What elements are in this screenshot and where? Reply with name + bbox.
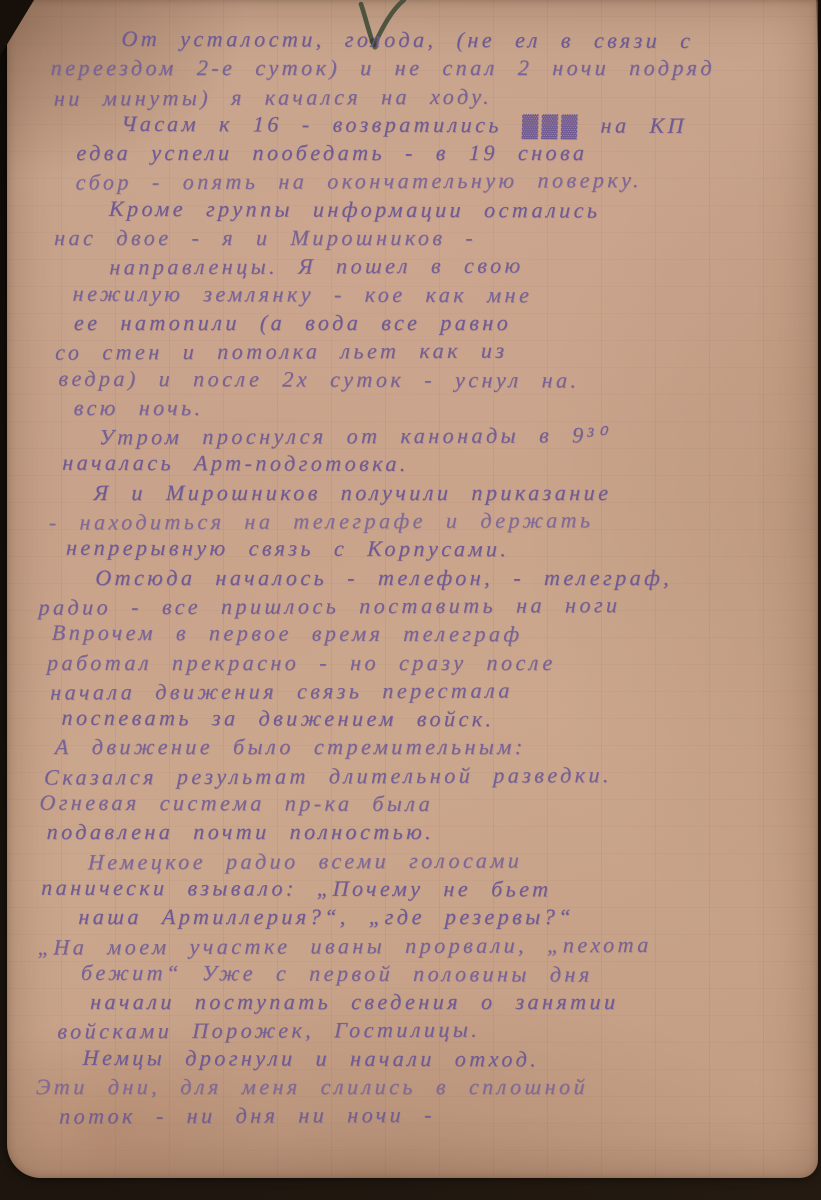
handwritten-line: Немецкое радио всеми голосами xyxy=(30,845,798,877)
handwritten-line: направленцы. Я пошел в свою xyxy=(45,251,813,283)
handwritten-line: „На моем участке иваны прорвали, „пехота xyxy=(27,930,795,962)
handwritten-line: началась Арт-подготовка. xyxy=(40,449,808,480)
handwritten-line: всю ночь. xyxy=(41,394,809,422)
handwritten-line: Огневая система пр-ка была xyxy=(31,789,799,820)
handwritten-line: бежит“ Уже с первой половины дня xyxy=(27,958,795,989)
photo-background: От усталости, голода, (не ел в связи спе… xyxy=(0,0,821,1200)
handwritten-line: Немцы дрогнули и начали отход. xyxy=(24,1043,792,1074)
handwritten-line: А движение было стремительным: xyxy=(32,733,800,761)
handwritten-line: начала движения связь перестала xyxy=(34,675,802,707)
handwritten-line: поток - ни дня ни ночи - xyxy=(23,1100,791,1132)
handwritten-line: подавлена почти полностью. xyxy=(30,818,798,846)
handwritten-line: сбор - опять на окончательную поверку. xyxy=(47,166,815,198)
handwritten-line: Часам к 16 - возвратились ▓▓▓ на КП xyxy=(49,110,817,141)
handwritten-line: Кроме группы информации остались xyxy=(47,194,815,225)
handwritten-line: работал прекрасно - но сразу после xyxy=(35,649,803,677)
handwritten-line: начали поступать сведения о занятии xyxy=(26,988,794,1016)
handwritten-line: радио - все пришлось поставить на ноги xyxy=(36,590,804,622)
handwritten-line: ее натопили (а вода все равно xyxy=(44,309,812,337)
handwritten-line: Отсюда началось - телефон, - телеграф, xyxy=(37,564,805,592)
handwritten-line: нас двое - я и Мирошников - xyxy=(46,224,814,252)
handwritten-line: переездом 2-е суток) и не спал 2 ночи по… xyxy=(50,54,818,82)
handwritten-line: Сказался результат длительной разведки. xyxy=(32,760,800,792)
handwritten-line: непрерывную связь с Корпусами. xyxy=(38,534,806,565)
handwritten-line: поспевать за движением войск. xyxy=(33,704,801,735)
handwritten-line: Я и Мирошников получили приказание xyxy=(39,479,807,507)
handwritten-line: - находиться на телеграфе и держать xyxy=(38,505,806,537)
handwritten-line: ведра) и после 2х суток - уснул на. xyxy=(42,364,810,395)
handwritten-line: Впрочем в первое время телеграф xyxy=(35,619,803,650)
handwritten-line: со стен и потолка льет как из xyxy=(43,336,811,368)
handwritten-line: наша Артиллерия?“, „где резервы?“ xyxy=(28,903,796,931)
handwritten-line: От усталости, голода, (не ел в связи с xyxy=(51,25,819,56)
handwritten-line: едва успели пообедать - в 19 снова xyxy=(48,139,816,167)
handwritten-text: От усталости, голода, (не ел в связи спе… xyxy=(0,0,821,1178)
handwritten-line: войсками Порожек, Гостилицы. xyxy=(25,1015,793,1047)
handwritten-line: Утром проснулся от канонады в 9³⁰ xyxy=(41,420,809,452)
handwritten-line: ни минуты) я качался на ходу. xyxy=(50,81,818,113)
handwritten-line: нежилую землянку - кое как мне xyxy=(44,279,812,310)
handwritten-line: панически взывало: „Почему не бьет xyxy=(29,874,797,905)
handwritten-line: Эти дни, для меня слились в сплошной xyxy=(24,1073,792,1101)
